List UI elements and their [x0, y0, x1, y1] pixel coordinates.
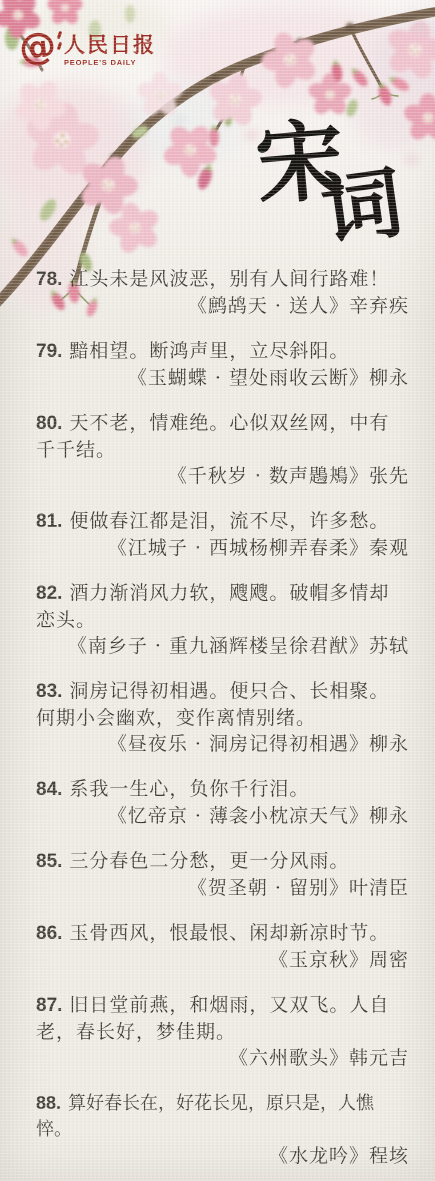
- peoples-daily-logo: @ 人民日报 PEOPLE'S DAILY: [19, 29, 156, 67]
- poem-entry: 81.便做春江都是泪，流不尽，许多愁。 《江城子 · 西城杨柳弄春柔》秦观: [36, 508, 409, 561]
- poem-entry: 84.系我一生心，负你千行泪。 《忆帝京 · 薄衾小枕凉天气》柳永: [36, 776, 409, 829]
- poem-attribution: 《水龙吟》程垓: [36, 1143, 409, 1169]
- poem-author: 柳永: [369, 733, 409, 755]
- poem-quote-line: 80.天不老，情难绝。心似双丝网，中有千千结。: [36, 410, 409, 463]
- poem-author: 叶清臣: [349, 877, 409, 899]
- logo-en-text: PEOPLE'S DAILY: [64, 58, 156, 67]
- poem-quote-line: 87.旧日堂前燕，和烟雨，又双飞。人自老，春长好，梦佳期。: [36, 992, 409, 1045]
- poem-entry: 83.洞房记得初相遇。便只合、长相聚。何期小会幽欢，变作离情别绪。 《昼夜乐 ·…: [36, 678, 409, 757]
- poem-attribution: 《玉京秋》周密: [36, 947, 409, 973]
- poem-number: 82.: [36, 583, 62, 604]
- poem-author: 柳永: [369, 367, 409, 389]
- poem-source-title: 《贺圣朝 · 留别》: [188, 877, 349, 899]
- poem-number: 83.: [36, 681, 62, 702]
- poem-author: 苏轼: [369, 635, 409, 657]
- poem-attribution: 《昼夜乐 · 洞房记得初相遇》柳永: [36, 731, 409, 757]
- poem-quote-line: 82.酒力渐消风力软，飕飕。破帽多情却恋头。: [36, 580, 409, 633]
- poem-source-title: 《玉京秋》: [269, 949, 369, 971]
- poem-quote-line: 79.黯相望。断鸿声里，立尽斜阳。: [36, 338, 409, 365]
- poem-quote-line: 88.算好春长在，好花长见，原只是，人憔悴。: [36, 1090, 409, 1143]
- poetry-poster: @ 人民日报 PEOPLE'S DAILY 宋 词 78.江头未是风波恶，别有人…: [0, 0, 435, 1181]
- poem-attribution: 《贺圣朝 · 留别》叶清臣: [36, 875, 409, 901]
- poem-source-title: 《玉蝴蝶 · 望处雨收云断》: [128, 367, 369, 389]
- poem-source-title: 《水龙吟》: [269, 1145, 369, 1167]
- poem-entry: 78.江头未是风波恶，别有人间行路难！ 《鹧鸪天 · 送人》辛弃疾: [36, 266, 409, 319]
- poem-attribution: 《六州歌头》韩元吉: [36, 1045, 409, 1071]
- poem-number: 79.: [36, 341, 62, 362]
- poem-author: 秦观: [369, 537, 409, 559]
- poem-entry: 82.酒力渐消风力软，飕飕。破帽多情却恋头。 《南乡子 · 重九涵辉楼呈徐君猷》…: [36, 580, 409, 659]
- poem-source-title: 《千秋岁 · 数声鶗鴂》: [168, 465, 369, 487]
- poem-quote-text: 江头未是风波恶，别有人间行路难！: [69, 268, 389, 290]
- at-icon: @: [17, 27, 57, 66]
- poem-quote-text: 洞房记得初相遇。便只合、长相聚。何期小会幽欢，变作离情别绪。: [36, 680, 389, 729]
- poem-author: 周密: [369, 949, 409, 971]
- poem-quote-line: 84.系我一生心，负你千行泪。: [36, 776, 409, 803]
- poem-quote-text: 三分春色二分愁，更一分风雨。: [69, 850, 349, 872]
- poem-attribution: 《忆帝京 · 薄衾小枕凉天气》柳永: [36, 803, 409, 829]
- poem-attribution: 《千秋岁 · 数声鶗鴂》张先: [36, 463, 409, 489]
- poem-quote-line: 85.三分春色二分愁，更一分风雨。: [36, 848, 409, 875]
- poem-number: 88.: [36, 1093, 61, 1113]
- poem-quote-line: 86.玉骨西风，恨最恨、闲却新凉时节。: [36, 920, 409, 947]
- poem-author: 张先: [369, 465, 409, 487]
- title-char-ci: 词: [317, 161, 407, 251]
- poem-attribution: 《玉蝴蝶 · 望处雨收云断》柳永: [36, 365, 409, 391]
- poem-attribution: 《鹧鸪天 · 送人》辛弃疾: [36, 293, 409, 319]
- poem-quote-text: 旧日堂前燕，和烟雨，又双飞。人自老，春长好，梦佳期。: [36, 994, 389, 1043]
- poem-entry: 85.三分春色二分愁，更一分风雨。 《贺圣朝 · 留别》叶清臣: [36, 848, 409, 901]
- poem-attribution: 《南乡子 · 重九涵辉楼呈徐君猷》苏轼: [36, 633, 409, 659]
- poem-entry: 80.天不老，情难绝。心似双丝网，中有千千结。 《千秋岁 · 数声鶗鴂》张先: [36, 410, 409, 489]
- poem-author: 韩元吉: [349, 1047, 409, 1069]
- poem-entry: 87.旧日堂前燕，和烟雨，又双飞。人自老，春长好，梦佳期。 《六州歌头》韩元吉: [36, 992, 409, 1071]
- poem-number: 86.: [36, 923, 62, 944]
- poem-attribution: 《江城子 · 西城杨柳弄春柔》秦观: [36, 535, 409, 561]
- poem-number: 85.: [36, 851, 62, 872]
- signal-ticks-icon: [58, 31, 61, 50]
- poem-quote-line: 78.江头未是风波恶，别有人间行路难！: [36, 266, 409, 293]
- poem-author: 辛弃疾: [349, 295, 409, 317]
- poem-number: 81.: [36, 511, 62, 532]
- poem-quote-text: 酒力渐消风力软，飕飕。破帽多情却恋头。: [36, 582, 389, 631]
- poem-source-title: 《江城子 · 西城杨柳弄春柔》: [108, 537, 369, 559]
- poem-entry: 88.算好春长在，好花长见，原只是，人憔悴。 《水龙吟》程垓: [36, 1090, 409, 1169]
- poem-author: 程垓: [369, 1145, 409, 1167]
- poem-quote-line: 83.洞房记得初相遇。便只合、长相聚。何期小会幽欢，变作离情别绪。: [36, 678, 409, 731]
- poem-quote-text: 天不老，情难绝。心似双丝网，中有千千结。: [36, 412, 389, 461]
- poem-source-title: 《昼夜乐 · 洞房记得初相遇》: [108, 733, 369, 755]
- poem-number: 84.: [36, 779, 62, 800]
- poem-source-title: 《六州歌头》: [229, 1047, 349, 1069]
- poem-source-title: 《南乡子 · 重九涵辉楼呈徐君猷》: [68, 635, 369, 657]
- logo-cn-text: 人民日报: [64, 33, 156, 57]
- poem-quote-text: 算好春长在，好花长见，原只是，人憔悴。: [36, 1093, 374, 1140]
- poem-list: 78.江头未是风波恶，别有人间行路难！ 《鹧鸪天 · 送人》辛弃疾 79.黯相望…: [0, 266, 435, 1181]
- poem-entry: 86.玉骨西风，恨最恨、闲却新凉时节。 《玉京秋》周密: [36, 920, 409, 973]
- poem-number: 80.: [36, 413, 62, 434]
- poem-source-title: 《鹧鸪天 · 送人》: [188, 295, 349, 317]
- poem-quote-text: 系我一生心，负你千行泪。: [69, 778, 309, 800]
- poem-number: 78.: [36, 269, 62, 290]
- poem-entry: 79.黯相望。断鸿声里，立尽斜阳。 《玉蝴蝶 · 望处雨收云断》柳永: [36, 338, 409, 391]
- poem-author: 柳永: [369, 805, 409, 827]
- poem-source-title: 《忆帝京 · 薄衾小枕凉天气》: [108, 805, 369, 827]
- poem-quote-text: 便做春江都是泪，流不尽，许多愁。: [69, 510, 389, 532]
- poem-number: 87.: [36, 995, 62, 1016]
- poem-quote-line: 81.便做春江都是泪，流不尽，许多愁。: [36, 508, 409, 535]
- poem-quote-text: 黯相望。断鸿声里，立尽斜阳。: [69, 340, 349, 362]
- poem-quote-text: 玉骨西风，恨最恨、闲却新凉时节。: [69, 922, 389, 944]
